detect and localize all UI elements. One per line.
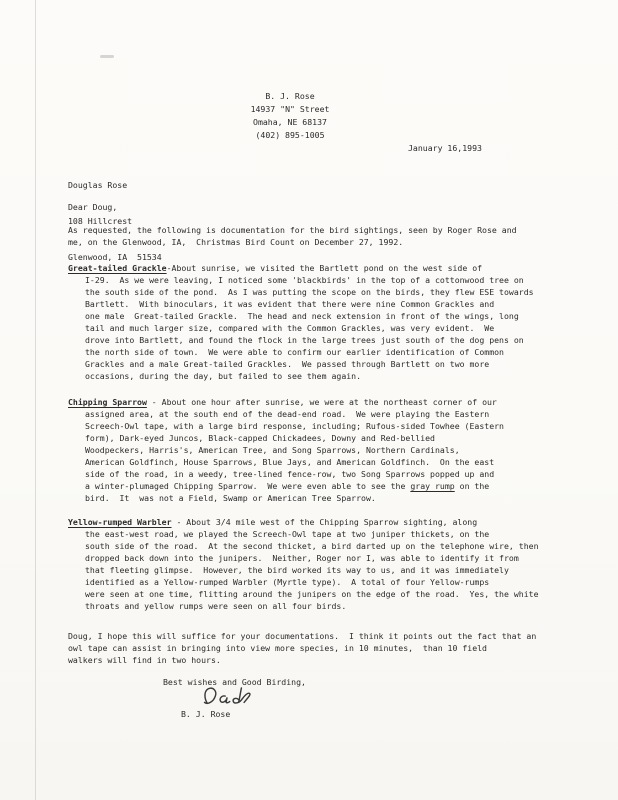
paragraph-body-warbler: - About 3/4 mile west of the Chipping Sp…	[85, 517, 539, 611]
paragraph-body-sparrow-a: - About one hour after sunrise, we were …	[85, 397, 504, 491]
salutation: Dear Doug,	[68, 201, 117, 213]
sender-city: Omaha, NE 68137	[253, 117, 327, 127]
signature-handwriting-icon	[200, 684, 254, 710]
closing-paragraph: Doug, I hope this will suffice for your …	[68, 630, 603, 666]
sender-name: B. J. Rose	[265, 91, 314, 101]
signature-typed-name: B. J. Rose	[181, 708, 230, 720]
sender-street: 14937 "N" Street	[251, 104, 330, 114]
paragraph-heading-sparrow: Chipping Sparrow	[68, 397, 147, 407]
paragraph-body-grackle: -About sunrise, we visited the Bartlett …	[85, 263, 534, 381]
intro-paragraph: As requested, the following is documenta…	[68, 224, 598, 248]
paragraph-great-tailed-grackle: Great-tailed Grackle-About sunrise, we v…	[68, 262, 613, 382]
sender-address-block: B. J. Rose 14937 "N" Street Omaha, NE 68…	[180, 90, 400, 142]
letter-page: B. J. Rose 14937 "N" Street Omaha, NE 68…	[0, 0, 618, 800]
sender-phone: (402) 895-1005	[255, 130, 324, 140]
recipient-name: Douglas Rose	[68, 179, 162, 191]
underlined-phrase-gray-rump: gray rump	[410, 481, 454, 491]
paragraph-heading-warbler: Yellow-rumped Warbler	[68, 517, 172, 527]
paragraph-chipping-sparrow: Chipping Sparrow - About one hour after …	[68, 396, 613, 504]
scan-smudge	[100, 55, 114, 58]
paragraph-heading-grackle: Great-tailed Grackle	[68, 263, 167, 273]
paragraph-yellow-rumped-warbler: Yellow-rumped Warbler - About 3/4 mile w…	[68, 516, 613, 612]
letter-date: January 16,1993	[408, 142, 482, 154]
paper-crease-line	[35, 0, 36, 800]
